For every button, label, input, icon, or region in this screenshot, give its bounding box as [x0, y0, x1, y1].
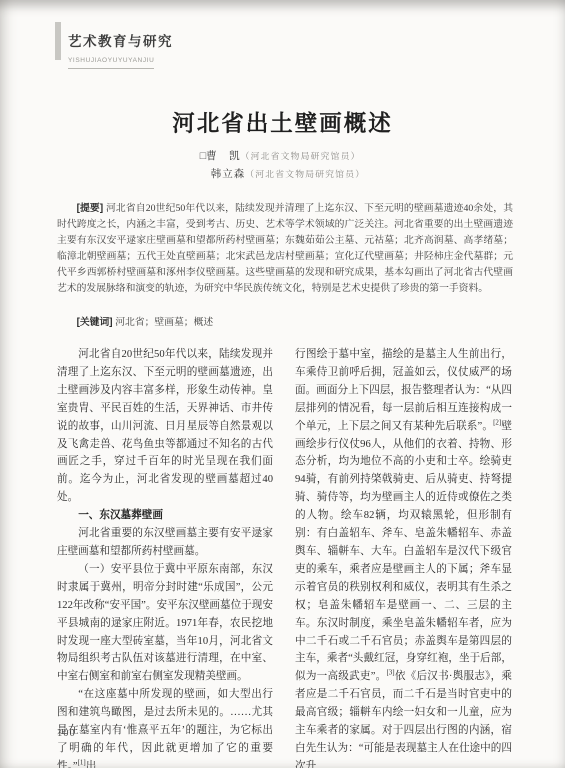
- journal-title: 艺术教育与研究: [68, 34, 173, 49]
- authors-block: □曹 凯（河北省文物局研究馆员） 韩立森（河北省文物局研究馆员）: [0, 148, 565, 183]
- body-column-right: 行图绘于墓中室，描绘的是墓主人生前出行，车乘侍卫前呼后拥，冠盖如云，仪仗威严的场…: [295, 346, 512, 768]
- abstract-label: [提要]: [77, 203, 106, 214]
- author-name-1: 曹 凯: [206, 151, 241, 162]
- authors-inner: □曹 凯（河北省文物局研究馆员） 韩立森（河北省文物局研究馆员）: [200, 148, 365, 183]
- author-name-2: 韩立森: [211, 169, 246, 180]
- journal-page: 艺术教育与研究 YISHUJIAOYUYUYANJIU 河北省出土壁画概述 □曹…: [0, 0, 565, 768]
- body-paragraph-anping: （一）安平县位于冀中平原东南部，东汉时隶属于冀州，明帝分封时建“乐成国”，公元1…: [57, 561, 273, 686]
- keywords-line: [关键词] 河北省；壁画墓；概述: [57, 315, 513, 331]
- author-line-2: 韩立森（河北省文物局研究馆员）: [200, 166, 365, 184]
- keywords-text: 河北省；壁画墓；概述: [115, 317, 213, 328]
- body-column-left: 河北省自20世纪50年代以来，陆续发现并清理了上迄东汉、下至元明的壁画墓遗迹，出…: [57, 346, 273, 768]
- journal-header: 艺术教育与研究 YISHUJIAOYUYUYANJIU: [55, 22, 173, 69]
- header-accent-bar: [55, 22, 61, 60]
- author-affiliation-1: （河北省文物局研究馆员）: [241, 151, 361, 161]
- article-title: 河北省出土壁画概述: [0, 106, 565, 138]
- abstract-text: 河北省自20世纪50年代以来，陆续发现并清理了上迄东汉、下至元明的壁画墓遗迹40…: [57, 203, 513, 294]
- page-number: 100: [57, 728, 76, 739]
- author-affiliation-2: （河北省文物局研究馆员）: [245, 169, 365, 179]
- journal-pinyin: YISHUJIAOYUYUYANJIU: [68, 57, 154, 69]
- body-paragraph-quote: “在这座墓中所发现的壁画，如大型出行图和建筑鸟瞰图，是过去所未见的。……尤其是在…: [57, 686, 273, 768]
- abstract-paragraph: [提要] 河北省自20世纪50年代以来，陆续发现并清理了上迄东汉、下至元明的壁画…: [57, 201, 513, 298]
- keywords-label: [关键词]: [77, 317, 116, 328]
- author-line-1: □曹 凯（河北省文物局研究馆员）: [200, 148, 365, 166]
- body-paragraph-continued: 行图绘于墓中室，描绘的是墓主人生前出行，车乘侍卫前呼后拥，冠盖如云，仪仗威严的场…: [295, 346, 512, 768]
- section-heading-1: 一、东汉墓葬壁画: [57, 507, 273, 525]
- body-paragraph-sites: 河北省重要的东汉壁画墓主要有安平逯家庄壁画墓和望都所药村壁画墓。: [57, 525, 273, 561]
- body-paragraph-intro: 河北省自20世纪50年代以来，陆续发现并清理了上迄东汉、下至元明的壁画墓遗迹，出…: [57, 346, 273, 507]
- journal-masthead: 艺术教育与研究 YISHUJIAOYUYUYANJIU: [68, 22, 173, 69]
